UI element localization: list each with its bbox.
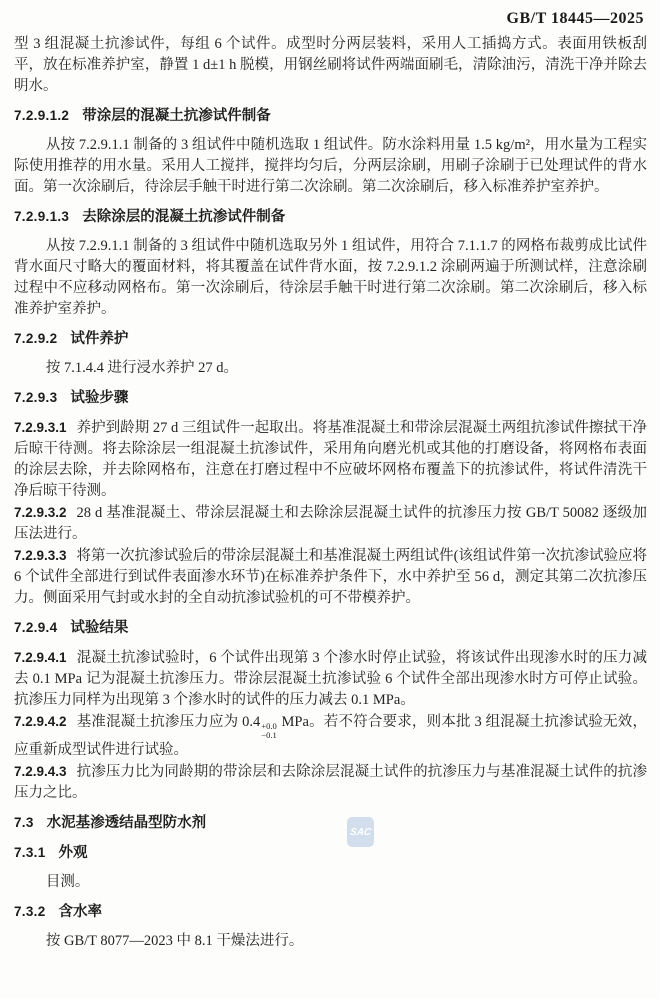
body-paragraph: 目测。 bbox=[14, 872, 647, 893]
clause-paragraph-7.2.9.3.2: 7.2.9.3.228 d 基准混凝土、带涂层混凝土和去除涂层混凝土试件的抗渗压… bbox=[14, 502, 647, 545]
clause-number: 7.2.9.4.1 bbox=[14, 650, 67, 665]
section-heading-7.2.9.4: 7.2.9.4试验结果 bbox=[14, 617, 647, 639]
section-heading-7.3.2: 7.3.2含水率 bbox=[14, 901, 647, 923]
section-number: 7.3 bbox=[14, 815, 34, 830]
standard-document-page: GB/T 18445—2025 SAC 型 3 组混凝土抗渗试件，每组 6 个试… bbox=[0, 0, 660, 999]
paragraph-text: 从按 7.2.9.1.1 制备的 3 组试件中随机选取 1 组试件。防水涂料用量… bbox=[14, 137, 647, 195]
document-body: 型 3 组混凝土抗渗试件，每组 6 个试件。成型时分两层装料，采用人工插捣方式。… bbox=[0, 22, 660, 952]
clause-paragraph-7.2.9.4.1: 7.2.9.4.1混凝土抗渗试验时，6 个试件出现第 3 个渗水时停止试验，将该… bbox=[14, 647, 647, 711]
body-paragraph: 从按 7.2.9.1.1 制备的 3 组试件中随机选取另外 1 组试件，用符合 … bbox=[14, 236, 647, 320]
section-title: 水泥基渗透结晶型防水剂 bbox=[47, 815, 207, 831]
clause-paragraph-7.2.9.3.1: 7.2.9.3.1养护到龄期 27 d 三组试件一起取出。将基准混凝土和带涂层混… bbox=[14, 417, 647, 502]
paragraph-text: 从按 7.2.9.1.1 制备的 3 组试件中随机选取另外 1 组试件，用符合 … bbox=[14, 238, 647, 317]
tolerance-lower: −0.1 bbox=[261, 731, 276, 740]
section-heading-7.2.9.2: 7.2.9.2试件养护 bbox=[14, 328, 647, 350]
section-title: 试验结果 bbox=[70, 620, 128, 636]
section-number: 7.3.2 bbox=[14, 904, 46, 919]
section-title: 试验步骤 bbox=[70, 390, 128, 406]
section-heading-7.3: 7.3水泥基渗透结晶型防水剂 bbox=[14, 812, 647, 834]
page-header: GB/T 18445—2025 bbox=[0, 0, 660, 22]
section-heading-7.2.9.1.3: 7.2.9.1.3去除涂层的混凝土抗渗试件制备 bbox=[14, 206, 647, 228]
paragraph-text: 抗渗压力比为同龄期的带涂层和去除涂层混凝土试件的抗渗压力与基准混凝土试件的抗渗压… bbox=[14, 764, 647, 801]
section-title: 试件养护 bbox=[70, 331, 128, 347]
paragraph-text: 按 7.1.4.4 进行浸水养护 27 d。 bbox=[46, 360, 238, 376]
section-title: 含水率 bbox=[59, 904, 103, 920]
body-paragraph: 型 3 组混凝土抗渗试件，每组 6 个试件。成型时分两层装料，采用人工插捣方式。… bbox=[14, 34, 647, 97]
tolerance-value: +0.0−0.1 bbox=[261, 722, 276, 740]
paragraph-text: 28 d 基准混凝土、带涂层混凝土和去除涂层混凝土试件的抗渗压力按 GB/T 5… bbox=[14, 505, 647, 542]
section-title: 去除涂层的混凝土抗渗试件制备 bbox=[82, 209, 285, 225]
body-paragraph: 按 GB/T 8077—2023 中 8.1 干燥法进行。 bbox=[14, 931, 647, 952]
section-heading-7.3.1: 7.3.1外观 bbox=[14, 842, 647, 864]
paragraph-text: 基准混凝土抗渗压力应为 0.4 bbox=[77, 714, 261, 730]
paragraph-text: 目测。 bbox=[46, 874, 90, 890]
section-number: 7.2.9.1.2 bbox=[14, 108, 69, 123]
section-number: 7.2.9.4 bbox=[14, 620, 57, 635]
section-title: 外观 bbox=[59, 845, 88, 861]
body-paragraph: 按 7.1.4.4 进行浸水养护 27 d。 bbox=[14, 358, 647, 379]
paragraph-text: 混凝土抗渗试验时，6 个试件出现第 3 个渗水时停止试验，将该试件出现渗水时的压… bbox=[14, 650, 647, 708]
section-heading-7.2.9.3: 7.2.9.3试验步骤 bbox=[14, 387, 647, 409]
clause-number: 7.2.9.3.3 bbox=[14, 548, 67, 563]
clause-paragraph-7.2.9.4.3: 7.2.9.4.3抗渗压力比为同龄期的带涂层和去除涂层混凝土试件的抗渗压力与基准… bbox=[14, 761, 647, 804]
paragraph-text: 将第一次抗渗试验后的带涂层混凝土和基准混凝土两组试件(该组试件第一次抗渗试验应将… bbox=[14, 548, 647, 606]
paragraph-text: 按 GB/T 8077—2023 中 8.1 干燥法进行。 bbox=[46, 933, 304, 949]
paragraph-text: 养护到龄期 27 d 三组试件一起取出。将基准混凝土和带涂层混凝土两组抗渗试件擦… bbox=[14, 420, 647, 499]
clause-paragraph-7.2.9.4.2: 7.2.9.4.2基准混凝土抗渗压力应为 0.4+0.0−0.1 MPa。若不符… bbox=[14, 711, 647, 761]
clause-number: 7.2.9.3.1 bbox=[14, 420, 67, 435]
section-heading-7.2.9.1.2: 7.2.9.1.2带涂层的混凝土抗渗试件制备 bbox=[14, 105, 647, 127]
section-title: 带涂层的混凝土抗渗试件制备 bbox=[82, 108, 271, 124]
section-number: 7.2.9.1.3 bbox=[14, 209, 69, 224]
section-number: 7.2.9.2 bbox=[14, 331, 57, 346]
paragraph-text: 型 3 组混凝土抗渗试件，每组 6 个试件。成型时分两层装料，采用人工插捣方式。… bbox=[14, 36, 647, 94]
clause-number: 7.2.9.4.2 bbox=[14, 714, 67, 729]
clause-paragraph-7.2.9.3.3: 7.2.9.3.3将第一次抗渗试验后的带涂层混凝土和基准混凝土两组试件(该组试件… bbox=[14, 545, 647, 609]
body-paragraph: 从按 7.2.9.1.1 制备的 3 组试件中随机选取 1 组试件。防水涂料用量… bbox=[14, 135, 647, 198]
clause-number: 7.2.9.3.2 bbox=[14, 505, 67, 520]
section-number: 7.3.1 bbox=[14, 845, 46, 860]
section-number: 7.2.9.3 bbox=[14, 390, 57, 405]
clause-number: 7.2.9.4.3 bbox=[14, 764, 67, 779]
